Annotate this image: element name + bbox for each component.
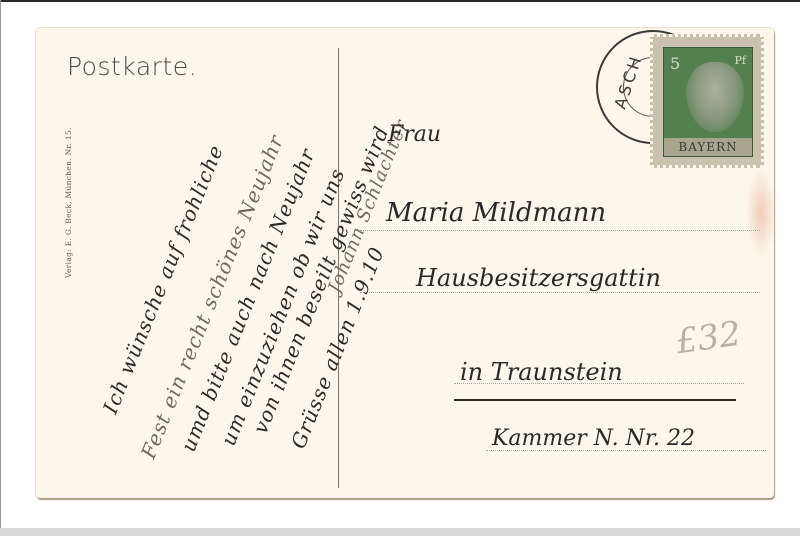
- postage-stamp: 5 Pf BAYERN: [650, 34, 764, 168]
- scan-frame-left: [0, 0, 1, 536]
- publisher-imprint: Verlag: E. G. Beck, München. Nr. 15.: [64, 38, 73, 278]
- address-line: [360, 230, 760, 231]
- stamp-currency: Pf: [735, 54, 746, 67]
- address-street: Kammer N. Nr. 22: [492, 426, 695, 451]
- address-line: [360, 292, 760, 293]
- postcard-title: Postkarte.: [67, 52, 197, 81]
- stamp-value: 5: [670, 54, 680, 73]
- address-occupation: Hausbesitzersgattin: [416, 264, 661, 292]
- stamp-face: 5 Pf BAYERN: [663, 47, 753, 157]
- postcard: Postkarte. Verlag: E. G. Beck, München. …: [36, 28, 774, 498]
- address-underline: [454, 399, 736, 401]
- stamp-country: BAYERN: [664, 138, 752, 156]
- scan-frame-top: [0, 0, 800, 2]
- scan-frame-bottom: [0, 528, 800, 536]
- pencil-note: £32: [674, 314, 744, 363]
- stamp-portrait-icon: [686, 62, 744, 132]
- age-stain: [746, 168, 776, 258]
- address-salutation: Frau: [388, 122, 441, 147]
- address-place: in Traunstein: [460, 358, 623, 386]
- address-name: Maria Mildmann: [386, 198, 606, 228]
